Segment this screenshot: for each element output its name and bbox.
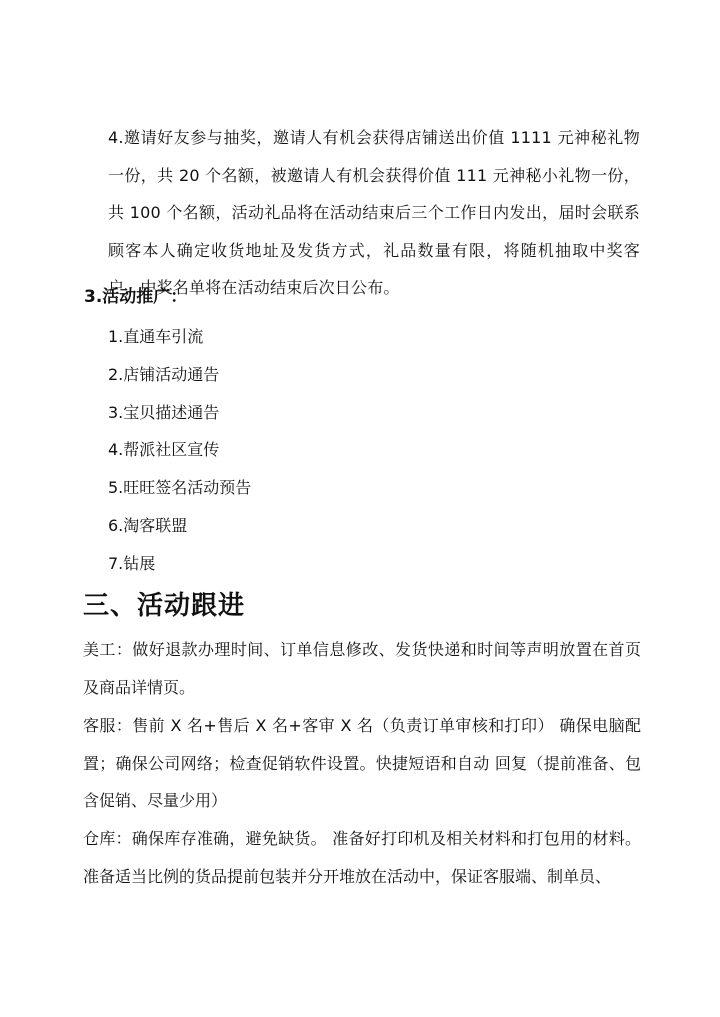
followup-section-heading: 三、活动跟进 [83,586,245,626]
list-item: 5.旺旺签名活动预告 [108,469,251,507]
list-item: 6.淘客联盟 [108,507,251,545]
list-item: 7.钻展 [108,545,251,583]
list-item: 3.宝贝描述通告 [108,394,251,432]
list-item: 2.店铺活动通告 [108,356,251,394]
designer-paragraph: 美工：做好退款办理时间、订单信息修改、发货快递和时间等声明放置在首页及商品详情页… [83,631,641,706]
promotion-list: 1.直通车引流 2.店铺活动通告 3.宝贝描述通告 4.帮派社区宣传 5.旺旺签… [108,318,251,583]
document-page: 4.邀请好友参与抽奖，邀请人有机会获得店铺送出价值 1111 元神秘礼物一份，共… [0,0,720,1017]
promotion-section-heading: 3.活动推广： [84,282,187,312]
invite-lottery-paragraph: 4.邀请好友参与抽奖，邀请人有机会获得店铺送出价值 1111 元神秘礼物一份，共… [108,119,640,307]
list-item: 1.直通车引流 [108,318,251,356]
warehouse-paragraph: 仓库：确保库存准确，避免缺货。 准备好打印机及相关材料和打包用的材料。准备适当比… [83,820,641,895]
customer-service-paragraph: 客服：售前 X 名+售后 X 名+客审 X 名（负责订单审核和打印） 确保电脑配… [83,707,641,820]
list-item: 4.帮派社区宣传 [108,431,251,469]
